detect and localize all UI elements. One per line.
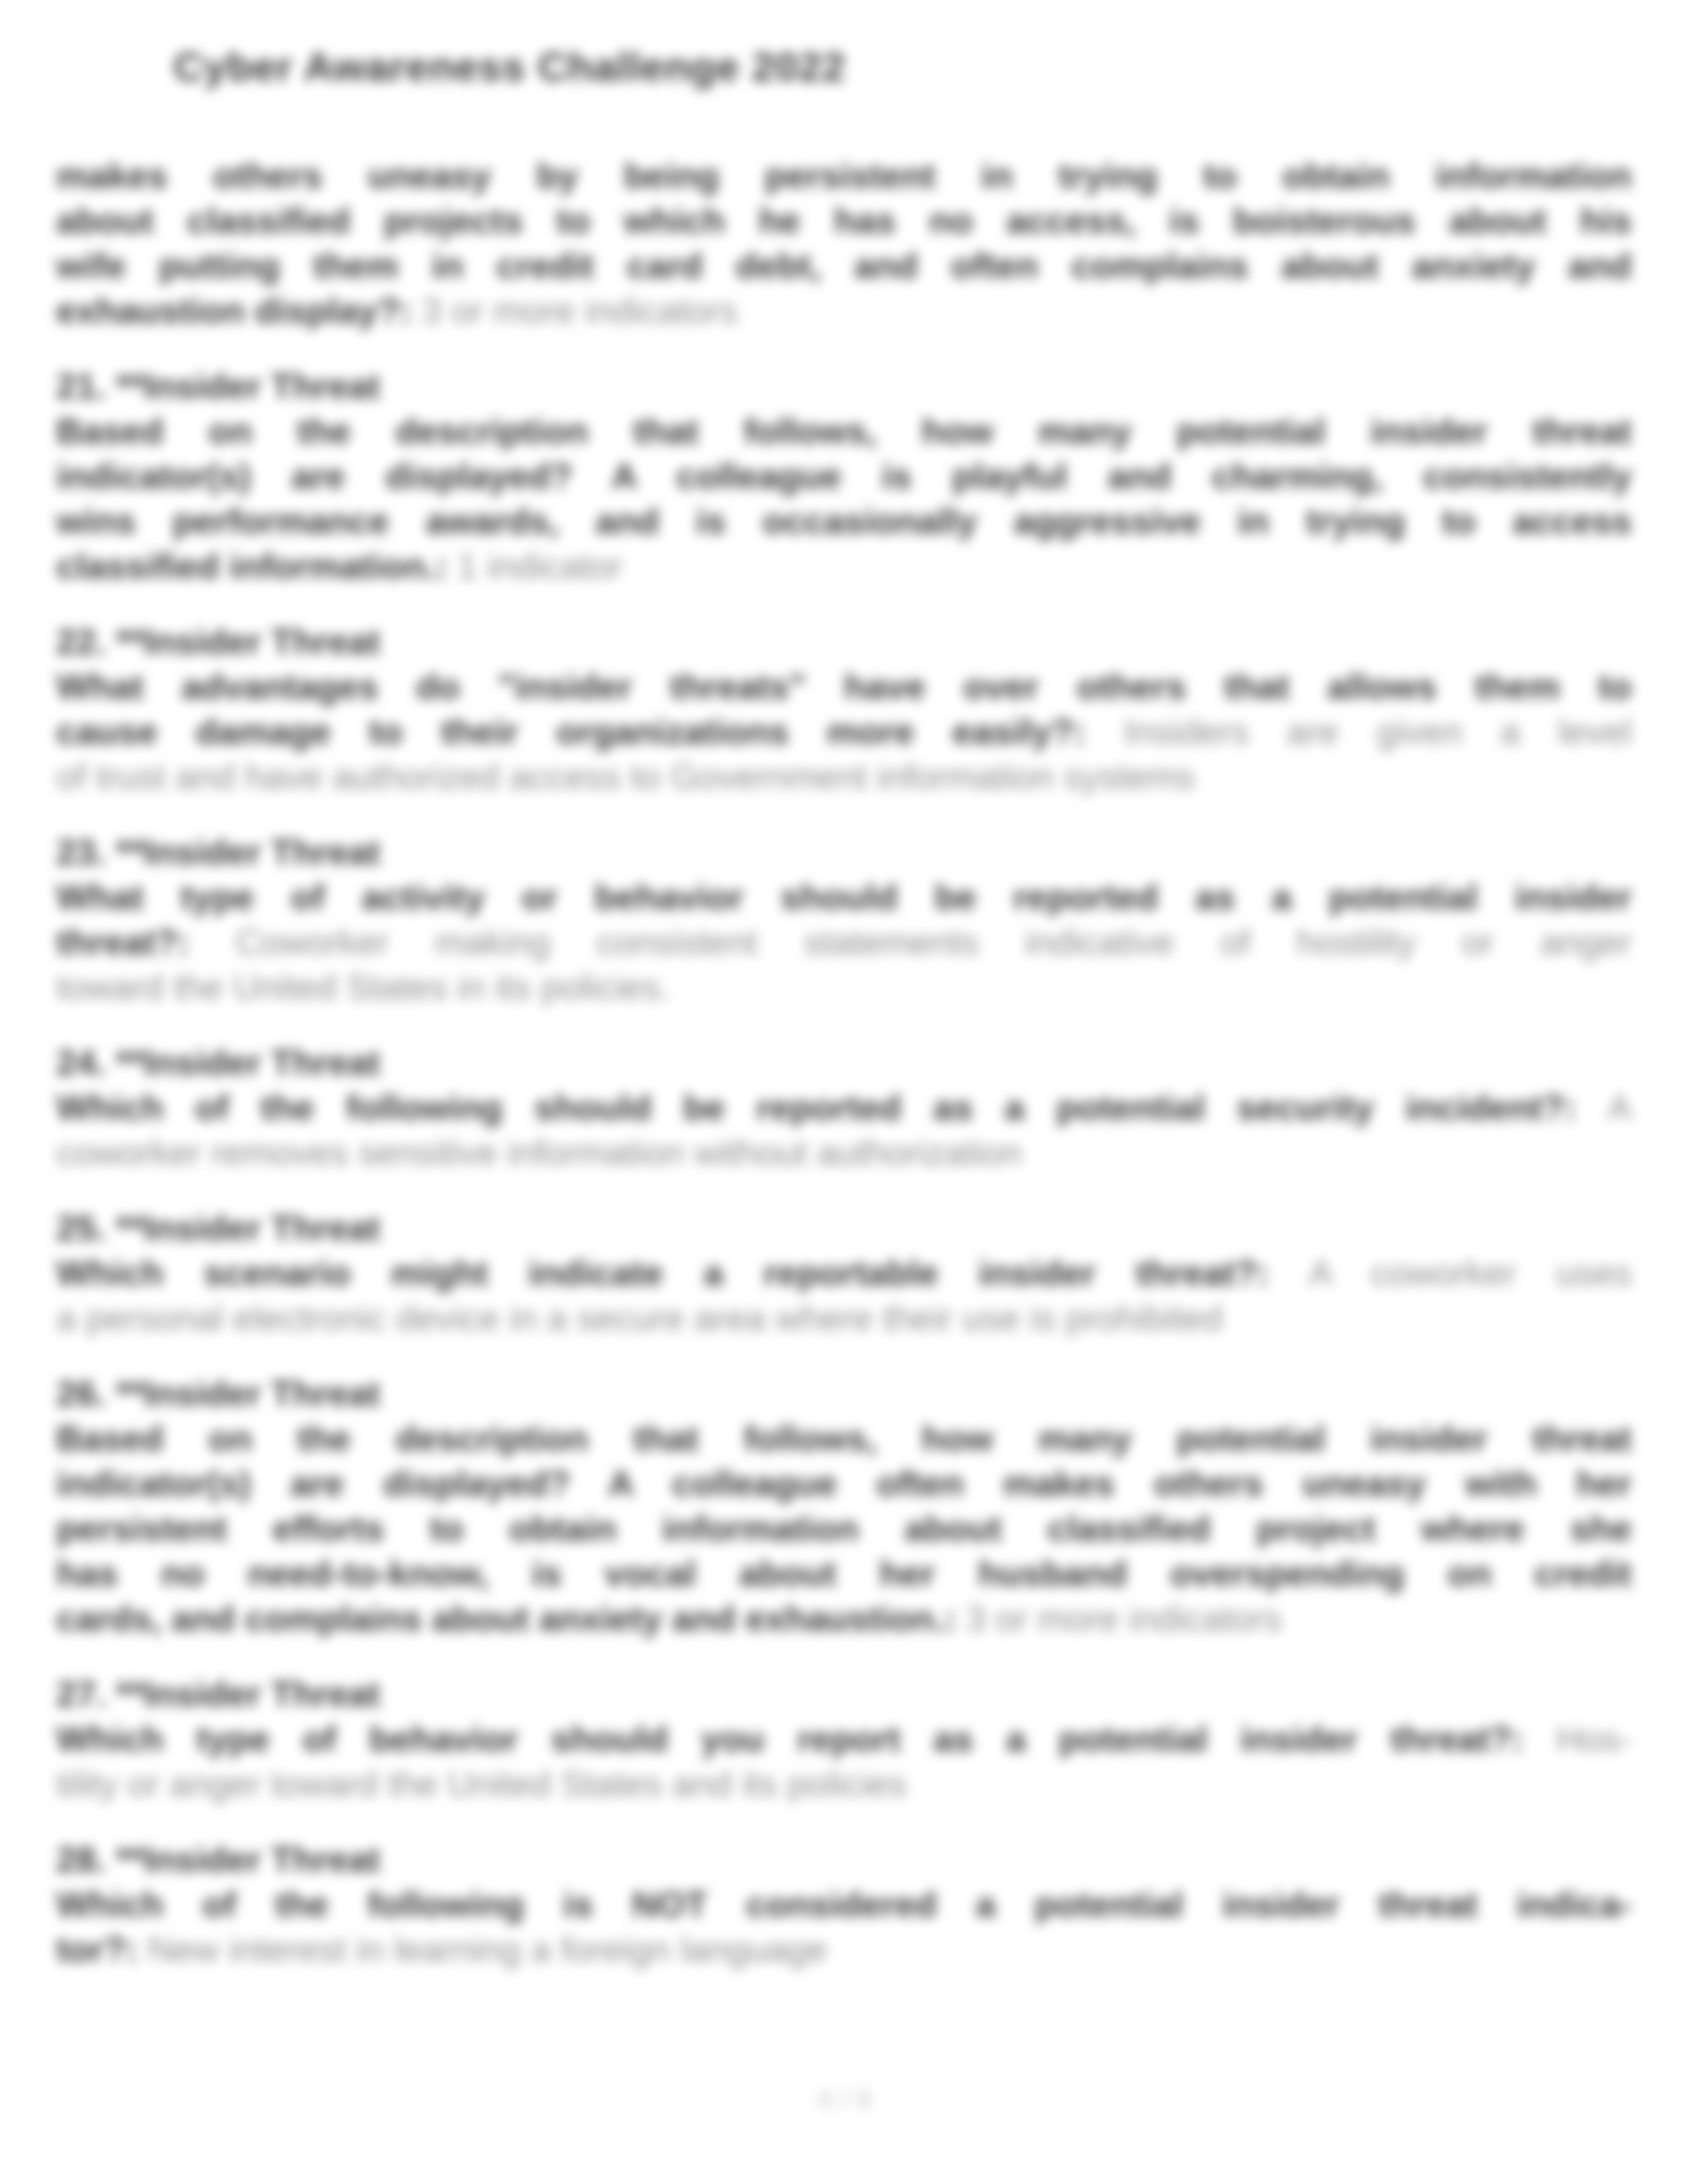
answer-text: a personal electronic device in a secure… bbox=[56, 1298, 1223, 1338]
answer-text: Hos- bbox=[1556, 1719, 1632, 1759]
text-line: Which of the following is NOT considered… bbox=[56, 1882, 1632, 1927]
question-text: threat?: bbox=[56, 923, 236, 962]
answer-text: A coworker uses bbox=[1309, 1253, 1632, 1293]
qa-section: 22. **Insider ThreatWhat advantages do "… bbox=[56, 619, 1632, 799]
answer-text: 3 or more indicators bbox=[966, 1599, 1282, 1639]
qa-section: 25. **Insider ThreatWhich scenario might… bbox=[56, 1206, 1632, 1341]
text-line: threat?: Coworker making consistent stat… bbox=[56, 920, 1632, 965]
text-line: wife putting them in credit card debt, a… bbox=[56, 244, 1632, 289]
section-heading: 22. **Insider Threat bbox=[56, 619, 1632, 664]
question-text: wife putting them in credit card debt, a… bbox=[56, 246, 1632, 286]
text-line: makes others uneasy by being persistent … bbox=[56, 154, 1632, 199]
text-line: Which scenario might indicate a reportab… bbox=[56, 1251, 1632, 1296]
question-text: indicator(s) are displayed? A colleague … bbox=[56, 1464, 1632, 1504]
question-text: exhaustion display?: bbox=[56, 291, 422, 331]
question-text: makes others uneasy by being persistent … bbox=[56, 156, 1632, 196]
question-text: Based on the description that follows, h… bbox=[56, 412, 1632, 451]
question-text: Which scenario might indicate a reportab… bbox=[56, 1253, 1309, 1293]
question-text: Which of the following should be reporte… bbox=[56, 1088, 1608, 1128]
answer-text: coworker removes sensitive information w… bbox=[56, 1133, 1022, 1173]
qa-section: 24. **Insider ThreatWhich of the followi… bbox=[56, 1040, 1632, 1175]
page: Cyber Awareness Challenge 2022 makes oth… bbox=[0, 0, 1688, 2184]
qa-section: 27. **Insider ThreatWhich type of behavi… bbox=[56, 1672, 1632, 1807]
qa-section: 23. **Insider ThreatWhat type of activit… bbox=[56, 830, 1632, 1010]
text-line: indicator(s) are displayed? A colleague … bbox=[56, 1461, 1632, 1506]
question-text: wins performance awards, and is occasion… bbox=[56, 502, 1632, 541]
qa-section: 26. **Insider ThreatBased on the descrip… bbox=[56, 1371, 1632, 1641]
answer-text: 1 indicator bbox=[457, 547, 622, 586]
question-text: What type of activity or behavior should… bbox=[56, 878, 1632, 917]
text-line: What type of activity or behavior should… bbox=[56, 875, 1632, 920]
text-line: Which of the following should be reporte… bbox=[56, 1085, 1632, 1130]
section-heading: 28. **Insider Threat bbox=[56, 1837, 1632, 1882]
section-heading: 23. **Insider Threat bbox=[56, 830, 1632, 875]
section-heading: 25. **Insider Threat bbox=[56, 1206, 1632, 1251]
question-text: indicator(s) are displayed? A colleague … bbox=[56, 457, 1632, 496]
text-line: indicator(s) are displayed? A colleague … bbox=[56, 454, 1632, 499]
text-line: toward the United States in its policies… bbox=[56, 965, 1632, 1010]
text-line: Which type of behavior should you report… bbox=[56, 1717, 1632, 1762]
section-heading: 26. **Insider Threat bbox=[56, 1371, 1632, 1416]
text-line: classified information.: 1 indicator bbox=[56, 544, 1632, 589]
question-text: Based on the description that follows, h… bbox=[56, 1419, 1632, 1459]
text-line: a personal electronic device in a secure… bbox=[56, 1296, 1632, 1341]
section-heading: 27. **Insider Threat bbox=[56, 1672, 1632, 1717]
question-text: What advantages do "insider threats" hav… bbox=[56, 667, 1632, 707]
text-line: about classified projects to which he ha… bbox=[56, 199, 1632, 244]
question-text: persistent efforts to obtain information… bbox=[56, 1509, 1632, 1549]
text-line: cards, and complains about anxiety and e… bbox=[56, 1596, 1632, 1641]
text-line: Based on the description that follows, h… bbox=[56, 409, 1632, 454]
text-line: persistent efforts to obtain information… bbox=[56, 1506, 1632, 1551]
qa-section: 21. **Insider ThreatBased on the descrip… bbox=[56, 364, 1632, 589]
text-line: cause damage to their organizations more… bbox=[56, 709, 1632, 754]
question-text: cards, and complains about anxiety and e… bbox=[56, 1599, 966, 1639]
text-line: tility or anger toward the United States… bbox=[56, 1762, 1632, 1807]
text-line: has no need-to-know, is vocal about her … bbox=[56, 1551, 1632, 1596]
text-line: coworker removes sensitive information w… bbox=[56, 1130, 1632, 1175]
qa-section: 28. **Insider ThreatWhich of the followi… bbox=[56, 1837, 1632, 1972]
question-text: tor?: bbox=[56, 1930, 148, 1970]
document-body: makes others uneasy by being persistent … bbox=[56, 154, 1632, 2003]
question-text: classified information.: bbox=[56, 547, 457, 586]
text-line: of trust and have authorized access to G… bbox=[56, 754, 1632, 799]
text-line: exhaustion display?: 3 or more indicator… bbox=[56, 289, 1632, 334]
answer-text: Insiders are given a level bbox=[1123, 712, 1632, 752]
answer-text: 3 or more indicators bbox=[422, 291, 737, 331]
qa-section: makes others uneasy by being persistent … bbox=[56, 154, 1632, 334]
answer-text: toward the United States in its policies… bbox=[56, 968, 670, 1007]
question-text: cause damage to their organizations more… bbox=[56, 712, 1123, 752]
text-line: Based on the description that follows, h… bbox=[56, 1416, 1632, 1461]
section-heading: 21. **Insider Threat bbox=[56, 364, 1632, 409]
text-line: wins performance awards, and is occasion… bbox=[56, 499, 1632, 544]
answer-text: New interest in learning a foreign langu… bbox=[148, 1930, 827, 1970]
answer-text: A bbox=[1608, 1088, 1632, 1128]
text-line: What advantages do "insider threats" hav… bbox=[56, 664, 1632, 709]
answer-text: tility or anger toward the United States… bbox=[56, 1764, 907, 1804]
text-line: tor?: New interest in learning a foreign… bbox=[56, 1927, 1632, 1972]
question-text: Which type of behavior should you report… bbox=[56, 1719, 1556, 1759]
page-title: Cyber Awareness Challenge 2022 bbox=[173, 44, 846, 91]
question-text: Which of the following is NOT considered… bbox=[56, 1885, 1632, 1925]
page-number: 4 / 9 bbox=[0, 2083, 1688, 2115]
answer-text: Coworker making consistent statements in… bbox=[236, 923, 1632, 962]
question-text: about classified projects to which he ha… bbox=[56, 201, 1632, 241]
section-heading: 24. **Insider Threat bbox=[56, 1040, 1632, 1085]
question-text: has no need-to-know, is vocal about her … bbox=[56, 1554, 1632, 1594]
answer-text: of trust and have authorized access to G… bbox=[56, 757, 1195, 797]
